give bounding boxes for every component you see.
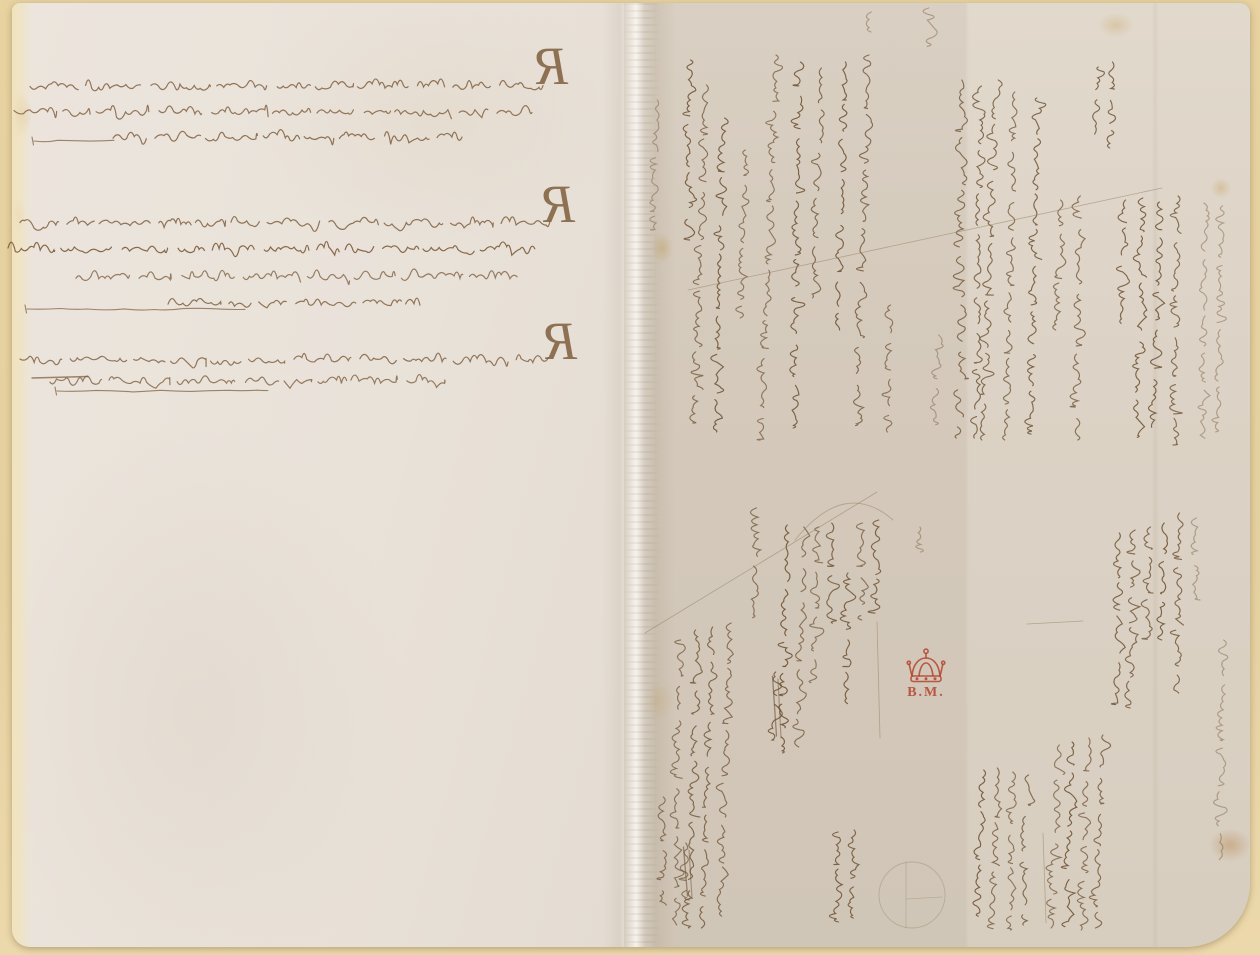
svg-text:R: R	[542, 174, 576, 234]
svg-text:R: R	[544, 311, 578, 371]
crown-icon	[902, 648, 950, 686]
stamp-label: B.M.	[899, 685, 953, 701]
svg-text:R: R	[535, 36, 569, 96]
british-museum-stamp: B.M.	[899, 648, 953, 704]
manuscript-photo: RRR B.M.	[0, 0, 1260, 955]
handwriting-layer: RRR	[0, 0, 1260, 955]
